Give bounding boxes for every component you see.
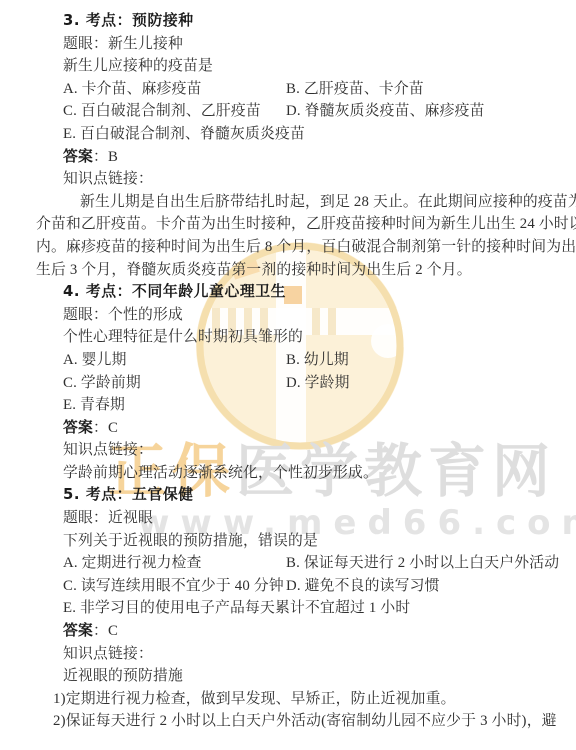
document-page: 正保医学教育网 www.med66.com 3. 考点：预防接种 题眼：新生儿接… (0, 0, 576, 750)
q5-stem: 下列关于近视眼的预防措施，错误的是 (36, 530, 548, 553)
q4-answer-label: 答案 (63, 419, 93, 436)
q3-option-b: B. 乙肝疫苗、卡介苗 (286, 78, 424, 101)
q4-answer-value: ：C (93, 420, 118, 436)
q3-explanation-line: 介苗和乙肝疫苗。卡介苗为出生时接种，乙肝疫苗接种时间为新生儿出生 24 小时以 (36, 213, 548, 236)
document-content: 3. 考点：预防接种 题眼：新生儿接种 新生儿应接种的疫苗是 A. 卡介苗、麻疹… (0, 0, 576, 733)
q3-option-e: E. 百白破混合制剂、脊髓灰质炎疫苗 (36, 123, 548, 146)
q4-tiyan: 题眼：个性的形成 (36, 304, 548, 327)
q4-answer-line: 答案：C (36, 417, 548, 440)
q3-answer-value: ：B (93, 149, 118, 165)
q5-tiyan: 题眼：近视眼 (36, 507, 548, 530)
q3-header: 3. 考点：预防接种 (36, 10, 548, 33)
q3-option-c: C. 百白破混合制剂、乙肝疫苗 (63, 103, 261, 119)
q3-stem: 新生儿应接种的疫苗是 (36, 55, 548, 78)
q4-option-c: C. 学龄前期 (63, 375, 141, 391)
q3-option-d: D. 脊髓灰质炎疫苗、麻疹疫苗 (286, 100, 485, 123)
q4-option-e: E. 青春期 (36, 394, 548, 417)
q4-header: 4. 考点：不同年龄儿童心理卫生 (36, 281, 548, 304)
q5-option-c: C. 读写连续用眼不宜少于 40 分钟 (63, 578, 284, 594)
q3-answer-line: 答案：B (36, 146, 548, 169)
q3-explanation-line: 内。麻疹疫苗的接种时间为出生后 8 个月，百白破混合制剂第一针的接种时间为出 (36, 236, 548, 259)
q3-explanation-line: 生后 3 个月，脊髓灰质炎疫苗第一剂的接种时间为出生后 2 个月。 (36, 259, 548, 282)
q5-explanation-line: 2)保证每天进行 2 小时以上白天户外活动(寄宿制幼儿园不应少于 3 小时)，避 (36, 710, 548, 733)
q5-answer-value: ：C (93, 623, 118, 639)
q5-answer-label: 答案 (63, 622, 93, 639)
q5-answer-line: 答案：C (36, 620, 548, 643)
q4-option-row-cd: C. 学龄前期D. 学龄期 (36, 372, 548, 395)
q4-option-a: A. 婴儿期 (63, 352, 127, 368)
q3-tiyan: 题眼：新生儿接种 (36, 33, 548, 56)
q3-answer-label: 答案 (63, 148, 93, 165)
q3-option-a: A. 卡介苗、麻疹疫苗 (63, 81, 202, 97)
q4-explanation-line: 学龄前期心理活动逐渐系统化，个性初步形成。 (36, 462, 548, 485)
q4-stem: 个性心理特征是什么时期初具雏形的 (36, 326, 548, 349)
q5-option-e: E. 非学习目的使用电子产品每天累计不宜超过 1 小时 (36, 597, 548, 620)
q5-option-row-ab: A. 定期进行视力检查B. 保证每天进行 2 小时以上白天户外活动 (36, 552, 548, 575)
q3-kp-link-label: 知识点链接： (36, 168, 548, 191)
q3-option-row-ab: A. 卡介苗、麻疹疫苗B. 乙肝疫苗、卡介苗 (36, 78, 548, 101)
q4-option-d: D. 学龄期 (286, 372, 350, 395)
q5-option-d: D. 避免不良的读写习惯 (286, 575, 440, 598)
q5-header: 5. 考点：五官保健 (36, 484, 548, 507)
q5-option-b: B. 保证每天进行 2 小时以上白天户外活动 (286, 552, 559, 575)
q5-option-a: A. 定期进行视力检查 (63, 555, 202, 571)
q5-kp-link-label: 知识点链接： (36, 643, 548, 666)
q5-explanation-line: 1)定期进行视力检查，做到早发现、早矫正，防止近视加重。 (36, 688, 548, 711)
q4-option-row-ab: A. 婴儿期B. 幼儿期 (36, 349, 548, 372)
q4-kp-link-label: 知识点链接： (36, 439, 548, 462)
q3-option-row-cd: C. 百白破混合制剂、乙肝疫苗D. 脊髓灰质炎疫苗、麻疹疫苗 (36, 100, 548, 123)
q3-explanation-line: 新生儿期是自出生后脐带结扎时起，到足 28 天止。在此期间应接种的疫苗为卡 (36, 191, 548, 214)
q4-option-b: B. 幼儿期 (286, 349, 349, 372)
q5-option-row-cd: C. 读写连续用眼不宜少于 40 分钟D. 避免不良的读写习惯 (36, 575, 548, 598)
q5-explanation-line: 近视眼的预防措施 (36, 665, 548, 688)
